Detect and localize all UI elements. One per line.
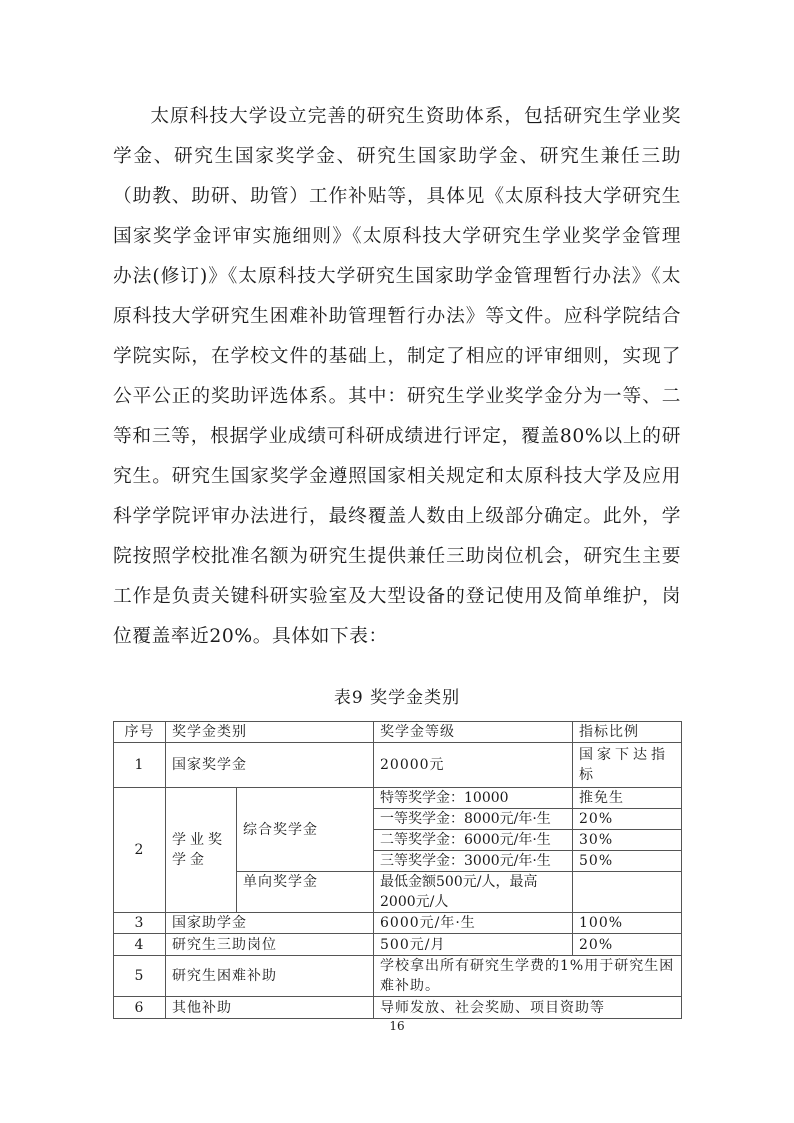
cell-seq: 4 [114,934,166,956]
scholarship-table: 序号 奖学金类别 奖学金等级 指标比例 1 国家奖学金 20000元 国家下达指… [113,721,682,1019]
cell-seq: 2 [114,788,166,913]
cell-category: 其他补助 [166,997,374,1019]
cell-ratio: 推免生 [573,788,682,809]
cell-seq: 1 [114,743,166,788]
table-row: 3 国家助学金 6000元/年·生 100% [114,913,682,934]
cell-category: 国家奖学金 [166,743,374,788]
header-seq: 序号 [114,722,166,743]
cell-level: 最低金额500元/人，最高2000元/人 [374,872,573,913]
cell-subcategory: 单向奖学金 [237,872,374,913]
cell-ratio: 20% [573,934,682,956]
table-header-row: 序号 奖学金类别 奖学金等级 指标比例 [114,722,682,743]
cell-level: 20000元 [374,743,573,788]
table-row: 5 研究生困难补助 学校拿出所有研究生学费的1%用于研究生困难补助。 [114,956,682,997]
cell-category: 研究生困难补助 [166,956,374,997]
cell-category: 国家助学金 [166,913,374,934]
table-caption: 表9 奖学金类别 [113,686,681,710]
page-number: 16 [0,1017,794,1035]
body-text: 太原科技大学设立完善的研究生资助体系，包括研究生学业奖学金、研究生国家奖学金、研… [113,97,681,657]
table-row: 6 其他补助 导师发放、社会奖励、项目资助等 [114,997,682,1019]
intro-paragraph: 太原科技大学设立完善的研究生资助体系，包括研究生学业奖学金、研究生国家奖学金、研… [113,97,681,657]
table-row: 4 研究生三助岗位 500元/月 20% [114,934,682,956]
cell-seq: 5 [114,956,166,997]
cell-level: 500元/月 [374,934,573,956]
cell-ratio [573,872,682,913]
table-row: 2 学业奖学金 综合奖学金 特等奖学金：10000 推免生 [114,788,682,809]
cell-level: 学校拿出所有研究生学费的1%用于研究生困难补助。 [374,956,682,997]
cell-category: 研究生三助岗位 [166,934,374,956]
header-ratio: 指标比例 [573,722,682,743]
cell-ratio: 50% [573,851,682,872]
header-level: 奖学金等级 [374,722,573,743]
cell-subcategory: 综合奖学金 [237,788,374,872]
cell-seq: 6 [114,997,166,1019]
cell-category: 学业奖学金 [166,788,237,913]
document-page: 太原科技大学设立完善的研究生资助体系，包括研究生学业奖学金、研究生国家奖学金、研… [0,0,794,1123]
cell-seq: 3 [114,913,166,934]
cell-level: 二等奖学金：6000元/年·生 [374,830,573,851]
table-row: 1 国家奖学金 20000元 国家下达指标 [114,743,682,788]
cell-level: 特等奖学金：10000 [374,788,573,809]
cell-ratio: 国家下达指标 [573,743,682,788]
header-category: 奖学金类别 [166,722,374,743]
cell-ratio: 30% [573,830,682,851]
cell-ratio: 100% [573,913,682,934]
cell-level: 一等奖学金：8000元/年·生 [374,809,573,830]
cell-level: 导师发放、社会奖励、项目资助等 [374,997,682,1019]
cell-level: 6000元/年·生 [374,913,573,934]
cell-ratio: 20% [573,809,682,830]
cell-level: 三等奖学金：3000元/年·生 [374,851,573,872]
